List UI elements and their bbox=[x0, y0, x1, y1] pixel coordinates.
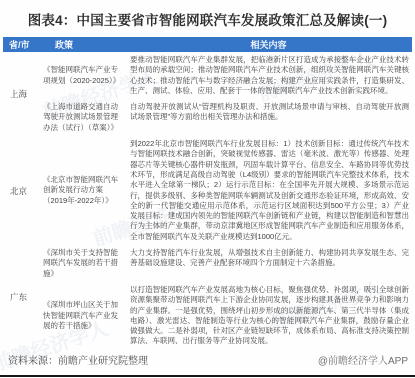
table-row-shanghai: 上海 《智能网联汽车产业专项规划（2020-2025）》 要推动智能网联汽车产业… bbox=[3, 52, 412, 136]
policy-cell: 《北京市智能网联汽车创新发展行动方案（2019年-2022年）》 bbox=[41, 139, 125, 242]
policy-entry: 《北京市智能网联汽车创新发展行动方案（2019年-2022年）》 到2022年北… bbox=[41, 136, 412, 245]
report-figure-page: 前瞻经济学人 前瞻经济学人 前瞻经济学人 前瞻经济学人 前瞻经济学人 图表4：中… bbox=[0, 0, 415, 378]
row-entries: 《智能网联汽车产业专项规划（2020-2025）》 要推动智能网联汽车产业集群发… bbox=[41, 52, 412, 136]
policy-cell: 《上海市道路交通自动驾驶开放测试场景管理办法（试行）（草案）》 bbox=[41, 102, 125, 133]
content-cell: 自动驾驶开放测试从“管理机构及职责、开放测试场景申请与审核、自动驾驶开放测试场景… bbox=[125, 102, 412, 133]
figure-footer: 资料来源：前瞻产业研究院整理 @前瞻经济学人APP bbox=[8, 352, 408, 367]
row-entries: 《深圳市关于支持智能网联汽车发展的若干措施》 大力支持智能汽车行业发展，从增强技… bbox=[41, 245, 412, 350]
header-cell-policy: 政策 bbox=[41, 38, 125, 51]
content-cell: 到2022年北京市智能网联汽车行业发展目标：1）技术创新目标：通过传统汽车技术与… bbox=[125, 139, 412, 242]
policy-cell: 《深圳市关于支持智能网联汽车发展的若干措施》 bbox=[41, 248, 125, 279]
header-cell-content: 相关内容 bbox=[125, 38, 412, 51]
source-note: 资料来源：前瞻产业研究院整理 bbox=[8, 352, 148, 367]
content-cell: 大力支持智能汽车行业发展，从增强技术自主创新能力、构建协同共享发展生态、完善基础… bbox=[125, 248, 412, 279]
policy-table: 省/市 政策 相关内容 上海 《智能网联汽车产业专项规划（2020-2025）》… bbox=[3, 37, 412, 350]
app-credit: @前瞻经济学人APP bbox=[318, 352, 408, 367]
content-cell: 要推动智能网联汽车产业集群发展，把临港新片区打造成为承接整车企业产业技术转型布局… bbox=[125, 55, 412, 96]
policy-entry: 《智能网联汽车产业专项规划（2020-2025）》 要推动智能网联汽车产业集群发… bbox=[41, 52, 412, 99]
row-entries: 《北京市智能网联汽车创新发展行动方案（2019年-2022年）》 到2022年北… bbox=[41, 136, 412, 245]
table-row-beijing: 北京 《北京市智能网联汽车创新发展行动方案（2019年-2022年）》 到202… bbox=[3, 136, 412, 245]
table-row-guangdong: 广东 《深圳市关于支持智能网联汽车发展的若干措施》 大力支持智能汽车行业发展，从… bbox=[3, 245, 412, 350]
province-cell: 北京 bbox=[3, 136, 41, 245]
policy-cell: 《智能网联汽车产业专项规划（2020-2025）》 bbox=[41, 55, 125, 96]
province-cell: 广东 bbox=[3, 245, 41, 350]
province-cell: 上海 bbox=[3, 52, 41, 136]
table-header-row: 省/市 政策 相关内容 bbox=[3, 37, 412, 52]
figure-title: 图表4：中国主要省市智能网联汽车发展政策汇总及解读(一) bbox=[0, 0, 415, 29]
bottom-divider bbox=[0, 375, 415, 377]
policy-entry: 《上海市道路交通自动驾驶开放测试场景管理办法（试行）（草案）》 自动驾驶开放测试… bbox=[41, 99, 412, 136]
policy-entry: 《深圳市关于支持智能网联汽车发展的若干措施》 大力支持智能汽车行业发展，从增强技… bbox=[41, 245, 412, 282]
policy-entry: 《深圳市坪山区关于加快智能网联汽车产业发展的若干措施》 以打造智能网联汽车产业发… bbox=[41, 282, 412, 350]
policy-cell: 《深圳市坪山区关于加快智能网联汽车产业发展的若干措施》 bbox=[41, 285, 125, 347]
header-cell-province: 省/市 bbox=[3, 38, 41, 51]
content-cell: 以打造智能网联汽车产业发展高地为核心目标，聚焦强优势、补弱项，吸引全球创新资源集… bbox=[125, 285, 412, 347]
